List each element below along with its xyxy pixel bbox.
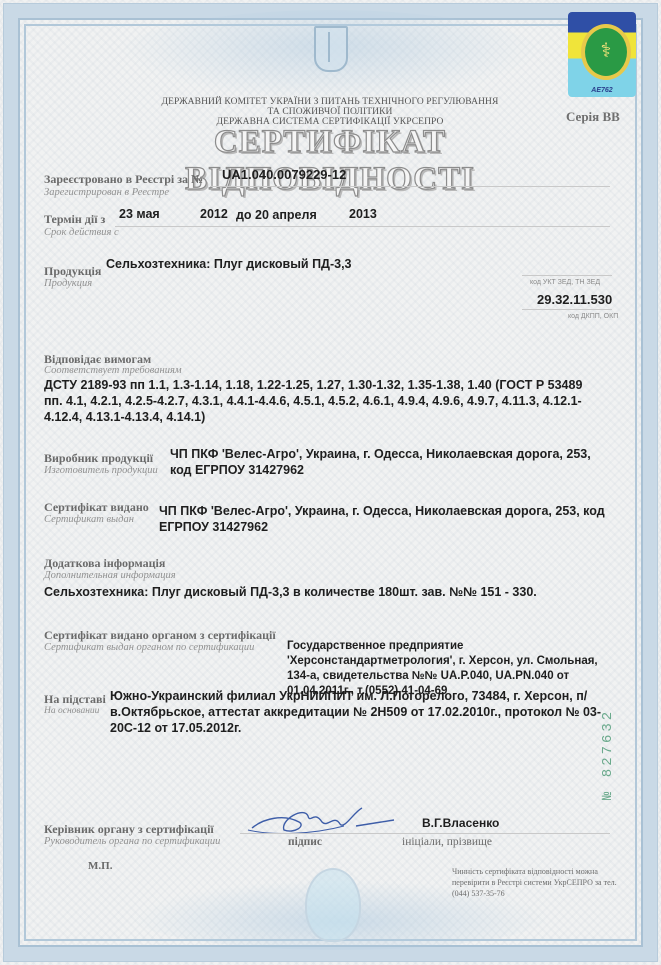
agency-line: ДЕРЖАВНИЙ КОМІТЕТ УКРАЇНИ З ПИТАНЬ ТЕХНІ… xyxy=(120,97,540,107)
signature xyxy=(244,800,409,842)
hologram-code: АЕ762 xyxy=(568,87,636,94)
certification-body-label: Сертифікат видано органом з сертифікації xyxy=(44,628,276,643)
watermark-emblem-icon xyxy=(305,868,361,942)
agency-line: ТА СПОЖИВЧОЇ ПОЛІТИКИ xyxy=(120,107,540,117)
caduceus-icon xyxy=(581,24,631,80)
serial-number: № 827632 xyxy=(600,709,616,800)
additional-info-value: Сельхозтехника: Плуг дисковый ПД-3,3 в к… xyxy=(44,584,604,600)
requirements-standards: ДСТУ 2189-93 пп 1.1, 1.3-1.14, 1.18, 1.2… xyxy=(44,377,604,425)
basis-value: Южно-Украинский филиал УкрНИИПИТ им. Л.П… xyxy=(110,688,605,736)
issued-to-value: ЧП ПКФ 'Велес-Агро', Украина, г. Одесса,… xyxy=(159,503,609,535)
code-label-bottom: код ДКПП, ОКП xyxy=(568,313,618,320)
signature-caption: підпис xyxy=(288,836,322,848)
name-caption: ініціали, прізвище xyxy=(402,836,492,848)
manufacturer-label: Виробник продукції xyxy=(44,451,153,466)
signatory-name: В.Г.Власенко xyxy=(422,815,499,831)
requirements-label-ru: Соответствует требованиям xyxy=(44,365,182,376)
divider xyxy=(240,833,610,834)
divider xyxy=(522,309,612,310)
manufacturer-label-ru: Изготовитель продукции xyxy=(44,465,158,476)
additional-info-label-ru: Дополнительная информация xyxy=(44,570,176,581)
valid-to-date: до 20 апреля xyxy=(236,207,317,223)
signatory-label-ru: Руководитель органа по сертификации xyxy=(44,836,220,847)
ukrsepro-hologram-icon: АЕ762 xyxy=(568,12,636,97)
product-label: Продукція xyxy=(44,264,101,279)
validity-label: Термін дії з xyxy=(44,212,105,227)
additional-info-label: Додаткова інформація xyxy=(44,556,165,571)
registration-label: Зареєстровано в Реєстрі за № xyxy=(44,172,203,187)
issued-to-label: Сертифікат видано xyxy=(44,500,149,515)
certificate-sheet: АЕ762 Серія ВВ ДЕРЖАВНИЙ КОМІТЕТ УКРАЇНИ… xyxy=(0,0,661,965)
divider xyxy=(522,275,612,276)
validity-label-ru: Срок действия с xyxy=(44,227,119,238)
product-name: Сельхозтехника: Плуг дисковый ПД-3,3 xyxy=(106,256,352,272)
divider xyxy=(210,186,610,187)
manufacturer-value: ЧП ПКФ 'Велес-Агро', Украина, г. Одесса,… xyxy=(170,446,610,478)
basis-label-ru: На основании xyxy=(44,706,99,716)
divider xyxy=(115,226,610,227)
product-code: 29.32.11.530 xyxy=(537,292,612,308)
verification-note: Чинність сертифіката відповідності можна… xyxy=(452,866,622,899)
valid-from-year: 2012 xyxy=(200,206,228,222)
product-label-ru: Продукция xyxy=(44,278,92,289)
code-label-top: код УКТ ЗЕД, ТН ЗЕД xyxy=(530,279,600,286)
issued-to-label-ru: Сертификат выдан xyxy=(44,514,134,525)
series-label: Серія ВВ xyxy=(566,109,620,125)
trident-coat-of-arms-icon xyxy=(314,26,348,72)
valid-to-year: 2013 xyxy=(349,206,377,222)
stamp-placeholder: М.П. xyxy=(88,860,112,872)
basis-label: На підставі xyxy=(44,692,106,707)
issuing-agency: ДЕРЖАВНИЙ КОМІТЕТ УКРАЇНИ З ПИТАНЬ ТЕХНІ… xyxy=(120,97,540,127)
registration-number: UA1.040.0079229-12 xyxy=(222,167,346,183)
signatory-label: Керівник органу з сертифікації xyxy=(44,822,214,837)
valid-from-date: 23 мая xyxy=(119,206,160,222)
certification-body-label-ru: Сертификат выдан органом по сертификации xyxy=(44,642,254,653)
registration-label-ru: Зарегистрирован в Реестре xyxy=(44,187,169,198)
